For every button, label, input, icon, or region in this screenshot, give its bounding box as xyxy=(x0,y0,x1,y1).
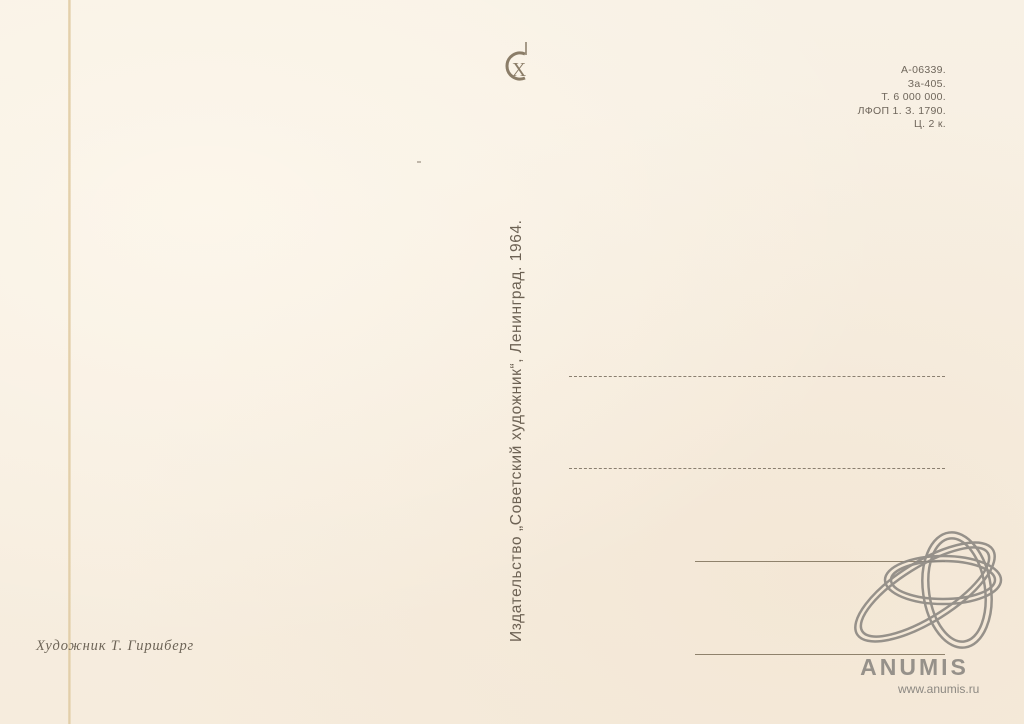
imprint-line: Т. 6 000 000. xyxy=(858,91,946,105)
imprint-line: А-06339. xyxy=(858,64,946,78)
print-speck xyxy=(417,161,421,163)
imprint-line: ЛФОП 1. З. 1790. xyxy=(858,105,946,119)
artist-credit: Художник Т. Гиршберг xyxy=(36,638,194,655)
sx-monogram-icon: X xyxy=(495,38,539,84)
address-line-dashed xyxy=(569,376,945,377)
publisher-line: Издательство „Советский художник“, Ленин… xyxy=(508,219,526,642)
imprint-block: А-06339. За-405. Т. 6 000 000. ЛФОП 1. З… xyxy=(858,64,946,132)
imprint-line: За-405. xyxy=(858,78,946,92)
watermark-brand: ANUMIS xyxy=(832,654,997,681)
fold-line xyxy=(68,0,71,724)
address-line-dashed xyxy=(569,468,945,469)
watermark-url: www.anumis.ru xyxy=(898,682,979,696)
imprint-line: Ц. 2 к. xyxy=(858,118,946,132)
svg-text:X: X xyxy=(512,59,527,81)
